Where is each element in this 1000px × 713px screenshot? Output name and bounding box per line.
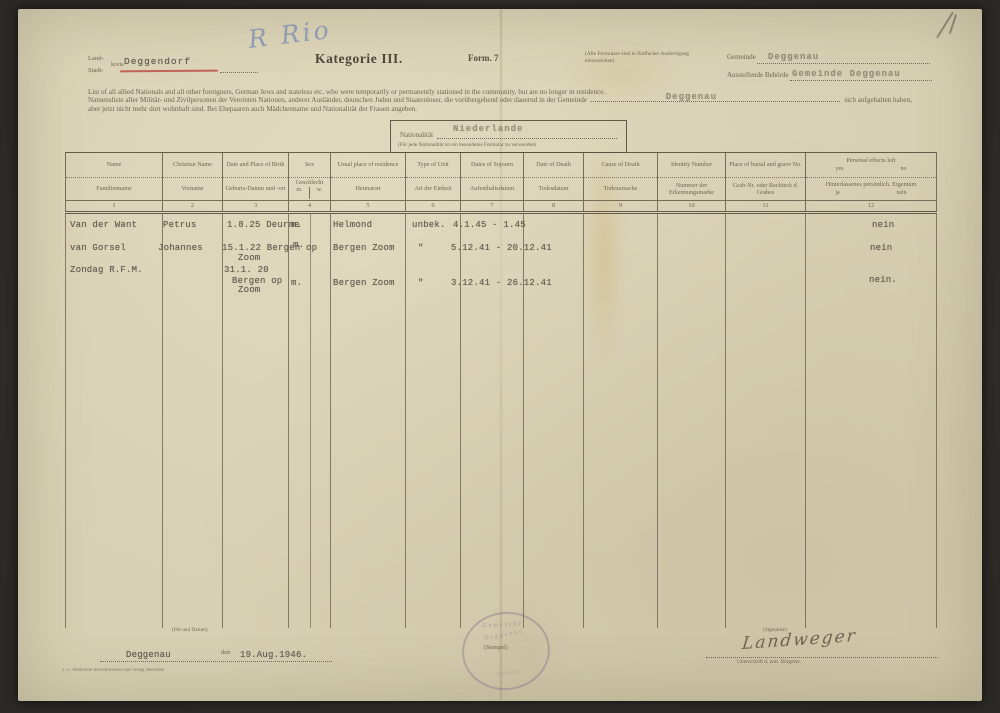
column-body-9 xyxy=(583,214,657,628)
dotted-line xyxy=(100,660,332,662)
entry-3-residence: Bergen Zoom xyxy=(333,278,395,288)
col-label-de: Heimatort xyxy=(355,185,380,192)
column-header-12: Personal effects leftyesnoHinterlassenes… xyxy=(805,153,937,211)
col-label-de: Todesursache xyxy=(604,185,638,192)
place-value: Deggenau xyxy=(126,650,171,660)
entry-1-effects: nein xyxy=(872,220,894,230)
entry-3-birth: 31.1. 20 xyxy=(224,265,269,275)
column-header-4: SexGeschlechtm.w.4 xyxy=(288,153,330,211)
entry-2-first: Johannes xyxy=(158,243,203,253)
col-label-de: Todesdatum xyxy=(538,185,568,192)
nationality-note: (Für jede Nationalität ist ein besondere… xyxy=(398,142,536,149)
intro-line-de2: aber jetzt nicht mehr dort wohnhaft sind… xyxy=(88,105,417,113)
entry-1-name: Van der Want xyxy=(70,220,137,230)
col-label-de: Familienname xyxy=(96,185,131,192)
stempel-label: (Stempel) xyxy=(484,645,508,653)
entry-2-residence: Bergen Zoom xyxy=(333,243,395,253)
entry-1-first: Petrus xyxy=(163,220,197,230)
signature-sub-label: Unterschrift d. amt. Bürgerm. xyxy=(737,659,801,666)
entry-2-effects: nein xyxy=(870,243,892,253)
column-header-9: Cause of DeathTodesursache9 xyxy=(583,153,657,211)
behoerde-value: Gemeinde Deggenau xyxy=(792,69,901,79)
form-number: Form. 7 xyxy=(468,53,499,63)
entry-2-unit: " xyxy=(418,243,424,253)
kreis-value: Deggendorf xyxy=(124,56,191,67)
intro-line-en: List of all allied Nationals and all oth… xyxy=(88,88,605,96)
entry-3-name: Zondag R.F.M. xyxy=(70,265,143,275)
col-number: 6 xyxy=(406,200,460,211)
col-label-en: Identity Number xyxy=(671,161,712,168)
dotted-line xyxy=(790,79,932,81)
entry-3-effects: nein. xyxy=(869,275,897,285)
entry-1-sojourn: 4.1.45 - 1.45 xyxy=(453,220,526,230)
col-label-en: Usual place of residence xyxy=(338,161,399,168)
col-label-de: Geburts-Datum und -ort xyxy=(226,185,286,192)
no-label: no xyxy=(901,166,907,173)
col-sub-en: yesno xyxy=(807,166,935,173)
column-header-3: Date and Place of BirthGeburts-Datum und… xyxy=(222,153,288,211)
col-number: 3 xyxy=(223,200,288,211)
scanned-document: R Rio Land- kreis Stadt- Deggendorf Kate… xyxy=(0,0,1000,713)
entry-1-sex: m. xyxy=(291,220,302,230)
column-body-1 xyxy=(65,214,162,628)
entry-1-unit: unbek. xyxy=(412,220,446,230)
col-label-de: Nummer der Erkennungsmarke xyxy=(659,182,724,197)
stamp-text-bottom: Stempel xyxy=(481,667,537,679)
copies-note: (Alle Formulare sind in fünffacher Ausfe… xyxy=(585,51,705,65)
ja-label: ja xyxy=(835,190,839,197)
gemeinde-inline-value: Deggenau xyxy=(666,92,717,102)
col-number: 4 xyxy=(289,200,330,211)
col-number: 9 xyxy=(584,200,657,211)
col-number: 2 xyxy=(163,200,222,211)
nein-label: nein xyxy=(897,190,907,197)
col-label-de: Vorname xyxy=(181,185,203,192)
page-title: Kategorie III. xyxy=(315,51,403,67)
male-label: m. xyxy=(290,187,310,199)
entry-1-birth: 1.8.25 Deurne xyxy=(227,220,300,230)
col-label-en: Date of Death xyxy=(536,161,571,168)
land-label: Land- xyxy=(88,55,104,64)
column-header-8: Date of DeathTodesdatum8 xyxy=(523,153,583,211)
entry-3-unit: " xyxy=(418,278,424,288)
column-body-8 xyxy=(523,214,583,628)
entry-3-birth3: Zoom xyxy=(238,285,260,295)
column-header-6: Type of UnitArt der Einheit6 xyxy=(405,153,460,211)
col-label-de: Art der Einheit xyxy=(414,185,451,192)
column-header-10: Identity NumberNummer der Erkennungsmark… xyxy=(657,153,725,211)
behoerde-label: Ausstellende Behörde xyxy=(727,71,789,80)
col-label-en: Personal effects left xyxy=(846,157,895,164)
dotted-line xyxy=(706,656,938,658)
place-date-label: (Ort und Datum) xyxy=(172,627,208,634)
nationality-value: Niederlande xyxy=(453,124,523,134)
entry-2-sex: m. xyxy=(293,240,304,250)
entry-3-sex: m. xyxy=(291,278,302,288)
table-body xyxy=(65,214,937,628)
gemeinde-label: Gemeinde xyxy=(727,53,756,62)
col-number: 8 xyxy=(524,200,583,211)
column-body-11 xyxy=(725,214,805,628)
sex-sub-labels: m.w. xyxy=(290,187,329,199)
col-number: 12 xyxy=(806,200,936,211)
entry-2-birth2: Zoom xyxy=(238,253,260,263)
dotted-line xyxy=(220,71,258,73)
column-body-4 xyxy=(288,214,330,628)
col-label-en: Date and Place of Birth xyxy=(226,161,284,168)
stadt-label: Stadt- xyxy=(88,67,104,76)
col-label-de: Grab-Nr. oder Rechteck d. Grabes xyxy=(727,182,804,197)
entry-2-sojourn: 5.12.41 - 20.12.41 xyxy=(451,243,552,253)
col-label-en: Sex xyxy=(305,161,314,168)
col-label-en: Name xyxy=(107,161,122,168)
column-header-1: NameFamilienname1 xyxy=(65,153,162,211)
date-value: 19.Aug.1946. xyxy=(240,650,307,660)
column-body-2 xyxy=(162,214,222,628)
col-label-de: Hinterlassenes persönlich. Eigentum xyxy=(826,181,917,188)
col-label-en: Type of Unit xyxy=(417,161,449,168)
col-number: 11 xyxy=(726,200,805,211)
entry-2-name: van Gorsel xyxy=(70,243,126,253)
intro-de1-text: Namensliste aller Militär- und Zivilpers… xyxy=(88,96,587,104)
gemeinde-inline-gap: Deggenau xyxy=(591,101,840,102)
col-label-de: Aufenthaltsdatum xyxy=(470,185,514,192)
intro-de1b-text: sich aufgehalten haben, xyxy=(844,96,912,104)
entry-3-sojourn: 3.12.41 - 26.12.41 xyxy=(451,278,552,288)
col-number: 7 xyxy=(461,200,523,211)
column-header-2: Christian NameVorname2 xyxy=(162,153,222,211)
col-number: 1 xyxy=(66,200,162,211)
col-label-en: Place of burial and grave No. xyxy=(729,161,802,168)
col-number: 10 xyxy=(658,200,725,211)
column-body-7 xyxy=(460,214,523,628)
column-body-6 xyxy=(405,214,460,628)
dotted-line xyxy=(757,62,930,64)
table-header-row: NameFamilienname1Christian NameVorname2D… xyxy=(65,152,937,214)
female-label: w. xyxy=(310,187,329,199)
nationality-label: Nationalität xyxy=(400,131,433,140)
col-label-en: Cause of Death xyxy=(601,161,639,168)
col-number: 5 xyxy=(331,200,405,211)
intro-line-de1: Namensliste aller Militär- und Zivilpers… xyxy=(88,96,912,104)
yes-label: yes xyxy=(836,166,844,173)
column-body-10 xyxy=(657,214,725,628)
col-label-en: Christian Name xyxy=(173,161,212,168)
column-header-7: Dates of SojournAufenthaltsdatum7 xyxy=(460,153,523,211)
entry-1-residence: Helmond xyxy=(333,220,372,230)
col-label-de: Geschlecht xyxy=(296,179,324,186)
dotted-line xyxy=(437,137,617,139)
column-body-5 xyxy=(330,214,405,628)
den-label: den xyxy=(221,649,230,657)
nationality-box: Nationalität Niederlande (Für jede Natio… xyxy=(390,120,627,153)
kreis-label: kreis xyxy=(111,61,124,70)
column-header-11: Place of burial and grave No.Grab-Nr. od… xyxy=(725,153,805,211)
col-label-en: Dates of Sojourn xyxy=(471,161,513,168)
gemeinde-value: Deggenau xyxy=(768,52,819,62)
column-header-5: Usual place of residenceHeimatort5 xyxy=(330,153,405,211)
printer-imprint: J. G. Weiß'sche Buchdruckerei und Verlag… xyxy=(62,668,164,674)
col-sub-de: janein xyxy=(807,190,935,197)
